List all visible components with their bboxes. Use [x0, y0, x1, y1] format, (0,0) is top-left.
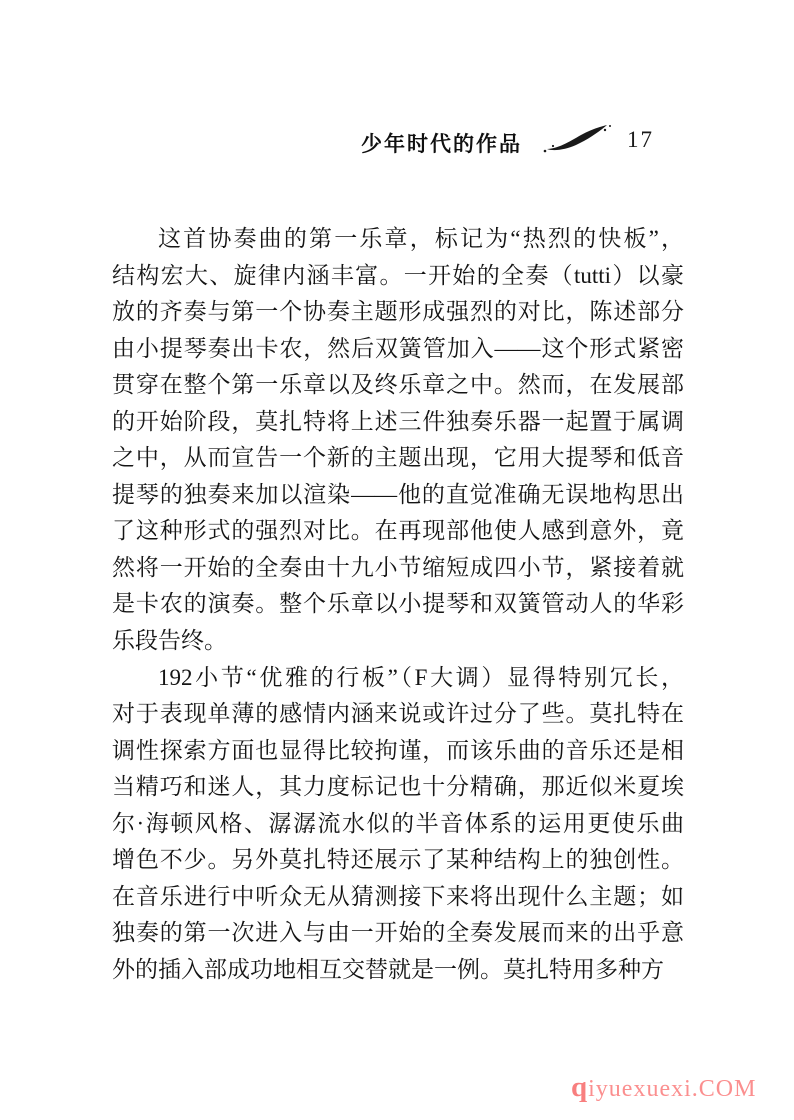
text-line: 了这种形式的强烈对比。在再现部他使人感到意外，竟: [112, 513, 684, 550]
text-line: 192小节“优雅的行板”（F大调）显得特别冗长，: [112, 660, 684, 697]
text-line: 外的插入部成功地相互交替就是一例。莫扎特用多种方: [112, 952, 684, 989]
text-line: 的开始阶段，莫扎特将上述三件独奏乐器一起置于属调: [112, 404, 684, 441]
text-line: 之中，从而宣告一个新的主题出现，它用大提琴和低音: [112, 440, 684, 477]
watermark: qiyuexuexi.COM: [571, 1071, 756, 1104]
text-line: 贯穿在整个第一乐章以及终乐章之中。然而，在发展部: [112, 367, 684, 404]
running-header-title: 少年时代的作品: [361, 128, 522, 158]
text-line: 提琴的独奏来加以渲染——他的直觉准确无误地构思出: [112, 477, 684, 514]
text-line: 当精巧和迷人，其力度标记也十分精确，那近似米夏埃: [112, 769, 684, 806]
text-line: 在音乐进行中听众无从猜测接下来将出现什么主题；如: [112, 879, 684, 916]
text-line: 由小提琴奏出卡农，然后双簧管加入——这个形式紧密: [112, 331, 684, 368]
watermark-text: iyuexuexi.COM: [588, 1076, 756, 1102]
text-line: 增色不少。另外莫扎特还展示了某种结构上的独创性。: [112, 842, 684, 879]
text-line: 结构宏大、旋律内涵丰富。一开始的全奏（tutti）以豪: [112, 258, 684, 295]
text-line: 尔·海顿风格、潺潺流水似的半音体系的运用更使乐曲: [112, 806, 684, 843]
text-line: 是卡农的演奏。整个乐章以小提琴和双簧管动人的华彩: [112, 586, 684, 623]
text-line: 然将一开始的全奏由十九小节缩短成四小节，紧接着就: [112, 550, 684, 587]
text-line: 乐段告终。: [112, 623, 684, 660]
brush-flourish-icon: [541, 122, 613, 154]
body-text: 这首协奏曲的第一乐章，标记为“热烈的快板”， 结构宏大、旋律内涵丰富。一开始的全…: [112, 221, 684, 988]
book-page: 少年时代的作品 17 这首协奏曲的第一乐章，标记为“热烈的快板”， 结构宏大、旋…: [0, 0, 794, 1120]
text-line: 这首协奏曲的第一乐章，标记为“热烈的快板”，: [112, 221, 684, 258]
text-line: 调性探索方面也显得比较拘谨，而该乐曲的音乐还是相: [112, 733, 684, 770]
text-line: 独奏的第一次进入与由一开始的全奏发展而来的出乎意: [112, 915, 684, 952]
text-line: 放的齐奏与第一个协奏主题形成强烈的对比，陈述部分: [112, 294, 684, 331]
watermark-prefix: q: [571, 1071, 588, 1103]
text-line: 对于表现单薄的感情内涵来说或许过分了些。莫扎特在: [112, 696, 684, 733]
page-number: 17: [627, 127, 654, 153]
